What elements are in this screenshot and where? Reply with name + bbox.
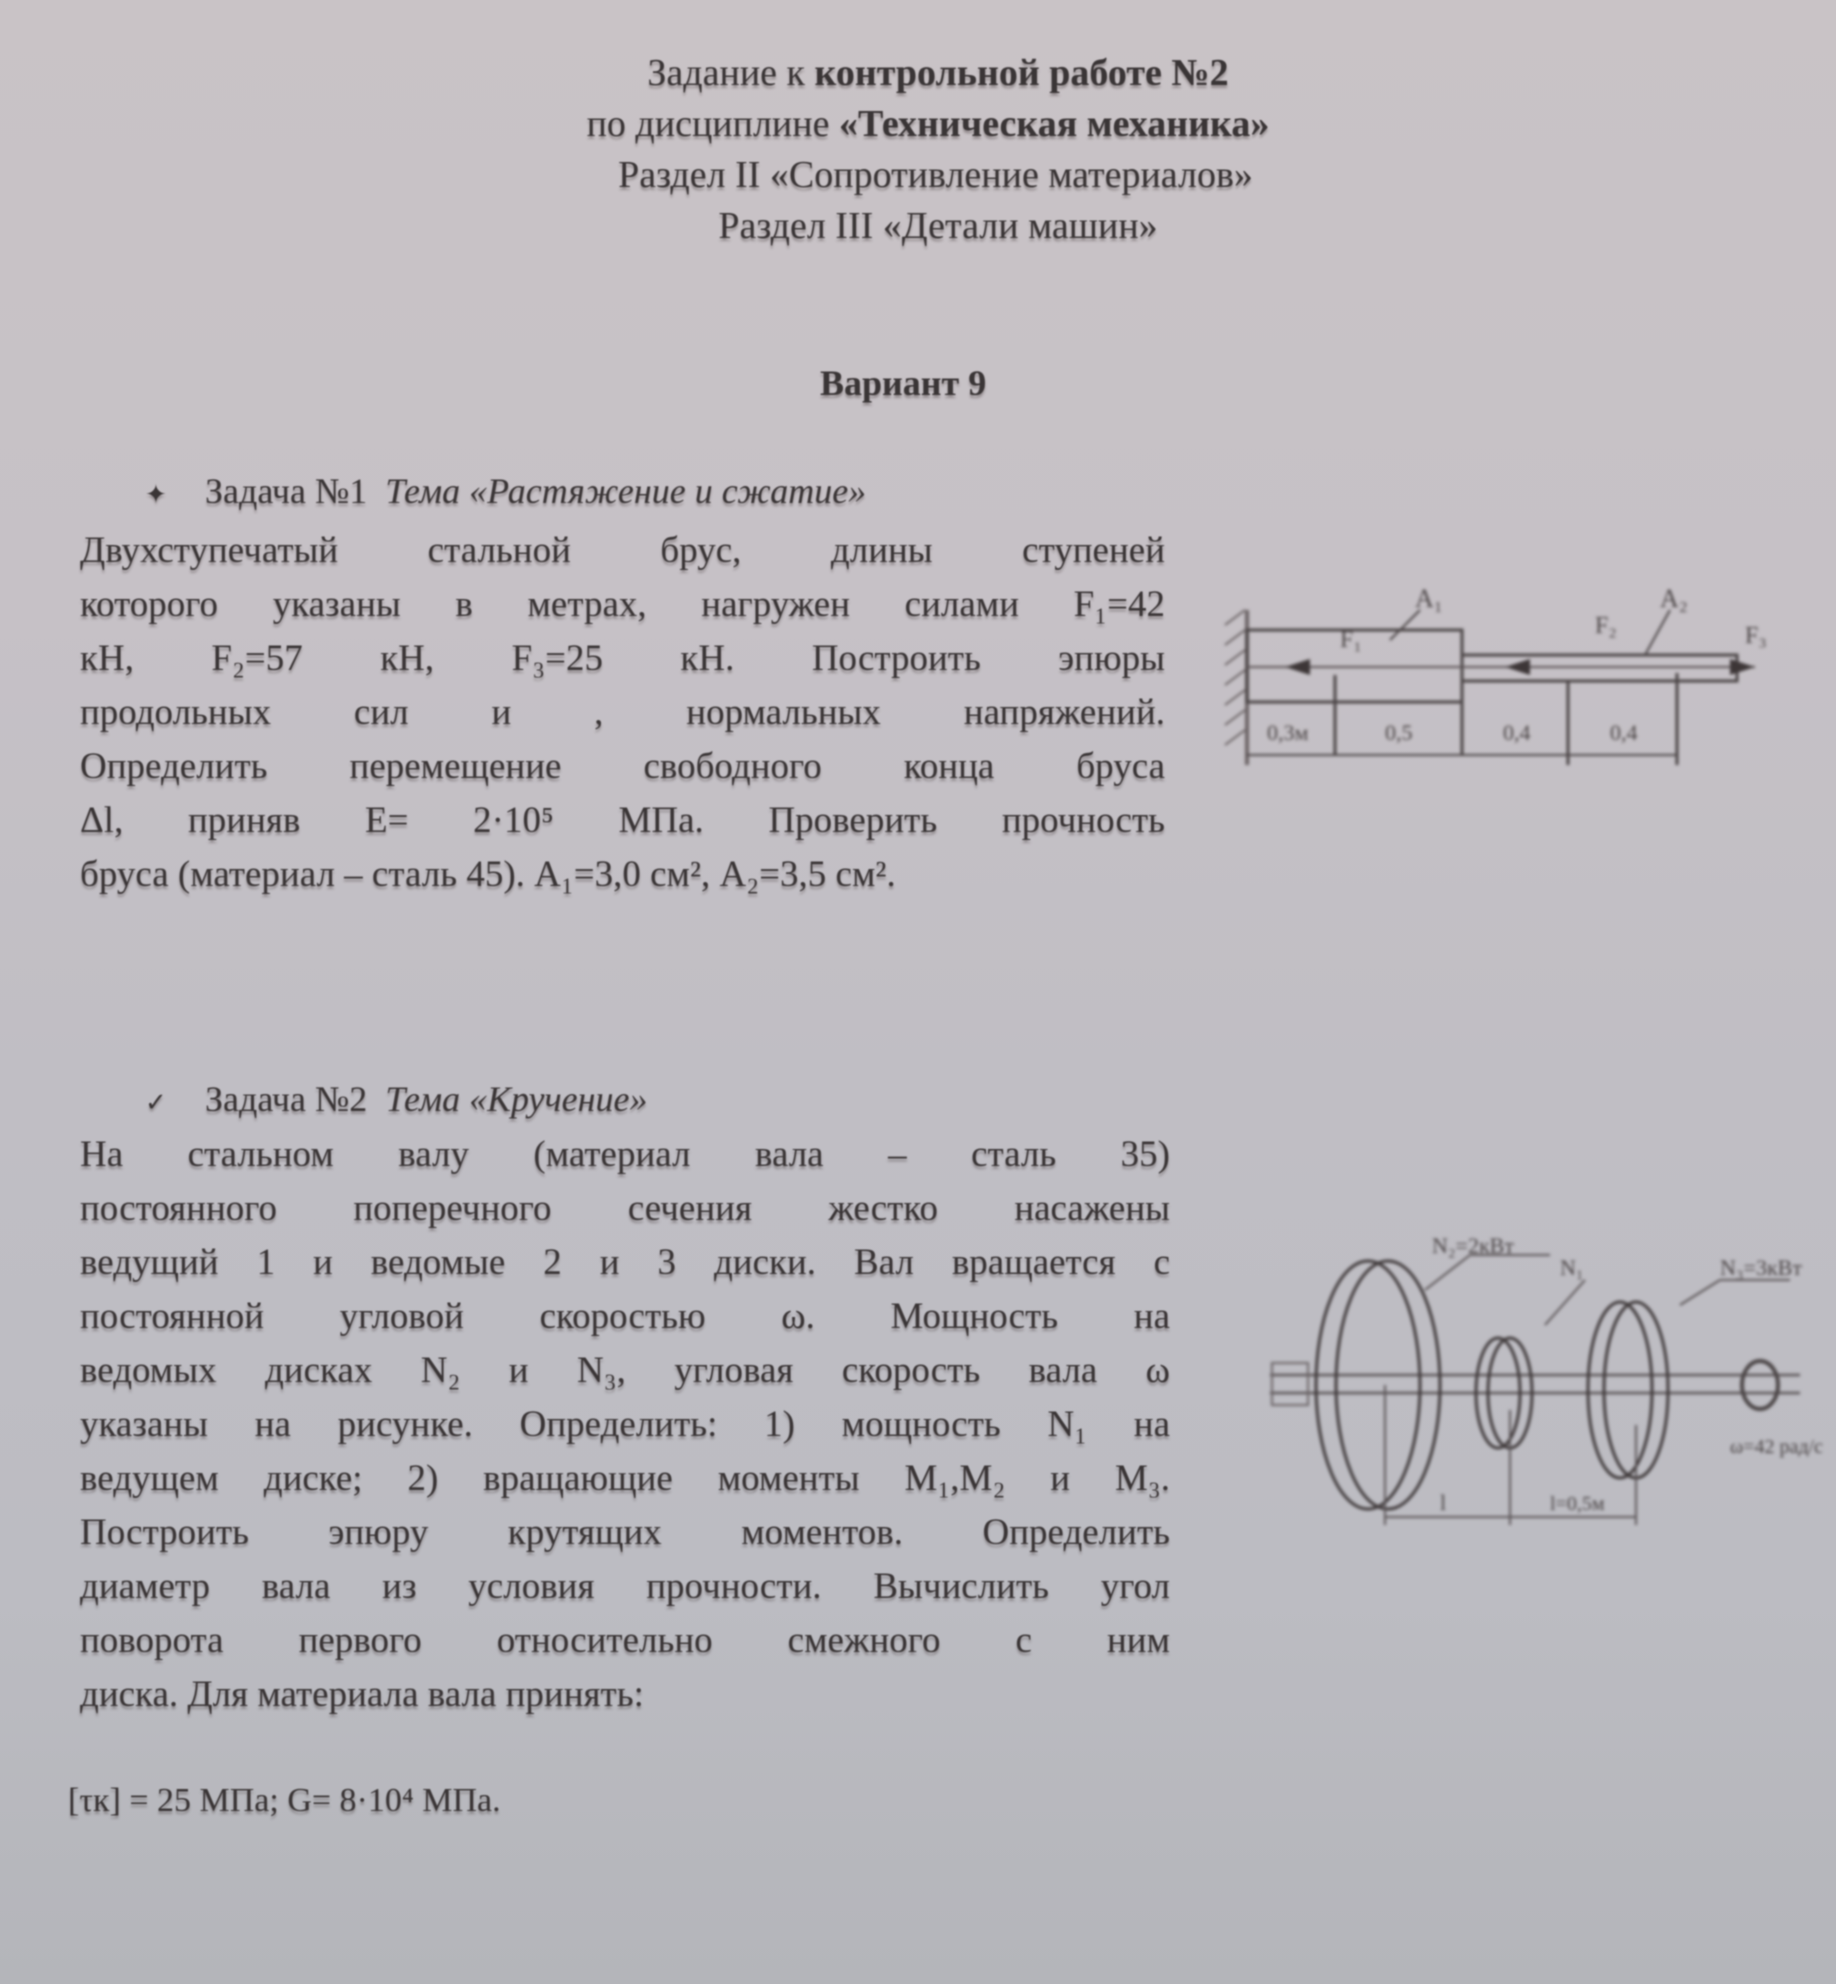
- task1-line: Определить перемещение свободного конца …: [80, 740, 1165, 794]
- task2-line: ведущий 1 и ведомые 2 и 3 диски. Вал вра…: [80, 1236, 1170, 1290]
- task1-label: Задача №1: [205, 471, 367, 511]
- task2-line: Построить эпюру крутящих моментов. Опред…: [80, 1506, 1170, 1560]
- task2-line: ведущем диске; 2) вращающие моменты M₁,M…: [80, 1452, 1170, 1506]
- checkmark-bullet-icon: ✓: [145, 1088, 205, 1118]
- shaft-discs-diagram: N₂=2кВт N₁ N₃=3кВт ω=42 рад/с l l=0,5м: [1260, 1225, 1820, 1545]
- task2-line: постоянной угловой скоростью ω. Мощность…: [80, 1290, 1170, 1344]
- label-N1: N₁: [1560, 1255, 1584, 1280]
- task1-line: бруса (материал – сталь 45). A₁=3,0 см²,…: [80, 848, 1165, 902]
- fixed-wall-icon: [1225, 610, 1247, 765]
- label-omega: ω=42 рад/с: [1730, 1436, 1823, 1458]
- segment-length: 0,3м: [1267, 720, 1309, 745]
- segment-length: 0,5: [1385, 720, 1413, 745]
- label-A2: A₂: [1660, 584, 1688, 613]
- stepped-bar-diagram: A₁ A₂ F₁ F₂ F₃ 0,3м 0,5 0,4 0,4: [1215, 585, 1775, 775]
- task2-heading: ✓Задача №2Тема «Кручение»: [145, 1078, 648, 1120]
- task1-heading: ✦Задача №1Тема «Растяжение и сжатие»: [145, 470, 866, 512]
- header-line-4: Раздел III «Детали машин»: [0, 201, 1836, 252]
- task1-line: кН, F₂=57 кН, F₃=25 кН. Построить эпюры: [80, 632, 1165, 686]
- document-header: Задание к контрольной работе №2 по дисци…: [0, 48, 1836, 252]
- label-N3: N₃=3кВт: [1720, 1255, 1802, 1280]
- label-A1: A₁: [1415, 584, 1443, 613]
- task1-line: Δl, приняв E= 2·10⁵ МПа. Проверить прочн…: [80, 794, 1165, 848]
- task1-line: продольных сил и , нормальных напряжений…: [80, 686, 1165, 740]
- bullet-icon: ✦: [145, 480, 205, 510]
- task2-line: указаны на рисунке. Определить: 1) мощно…: [80, 1398, 1170, 1452]
- segment-length: 0,4: [1503, 720, 1531, 745]
- task2-line: диаметр вала из условия прочности. Вычис…: [80, 1560, 1170, 1614]
- label-F2: F₂: [1595, 613, 1617, 639]
- task2-line: диска. Для материала вала принять:: [80, 1668, 1170, 1722]
- task2-text: На стальном валу (материал вала – сталь …: [80, 1128, 1170, 1722]
- disc-3: [1588, 1302, 1652, 1478]
- task1-line: которого указаны в метрах, нагружен сила…: [80, 578, 1165, 632]
- task2-topic: Тема «Кручение»: [385, 1079, 647, 1119]
- label-N2: N₂=2кВт: [1432, 1233, 1514, 1258]
- task2-label: Задача №2: [205, 1079, 367, 1119]
- task2-line: На стальном валу (материал вала – сталь …: [80, 1128, 1170, 1182]
- task1-text: Двухступечатый стальной брус, длины ступ…: [80, 524, 1165, 902]
- task2-line: ведомых дисках N₂ и N₃, угловая скорость…: [80, 1344, 1170, 1398]
- material-constants: [τк] = 25 МПа; G= 8·10⁴ МПа.: [68, 1782, 501, 1820]
- header-line-1: Задание к контрольной работе №2: [0, 48, 1836, 99]
- header-line-2: по дисциплине «Техническая механика»: [0, 99, 1836, 150]
- disc-1: [1316, 1261, 1420, 1509]
- variant-title: Вариант 9: [820, 362, 986, 404]
- label-length-1: l: [1440, 1490, 1446, 1515]
- label-length-2: l=0,5м: [1550, 1493, 1605, 1515]
- header-line-3: Раздел II «Сопротивление материалов»: [0, 150, 1836, 201]
- task1-topic: Тема «Растяжение и сжатие»: [385, 471, 866, 511]
- label-F3: F₃: [1745, 623, 1767, 649]
- task1-line: Двухступечатый стальной брус, длины ступ…: [80, 524, 1165, 578]
- segment-length: 0,4: [1610, 720, 1638, 745]
- task2-line: постоянного поперечного сечения жестко н…: [80, 1182, 1170, 1236]
- label-F1: F₁: [1340, 627, 1362, 653]
- task2-line: поворота первого относительно смежного с…: [80, 1614, 1170, 1668]
